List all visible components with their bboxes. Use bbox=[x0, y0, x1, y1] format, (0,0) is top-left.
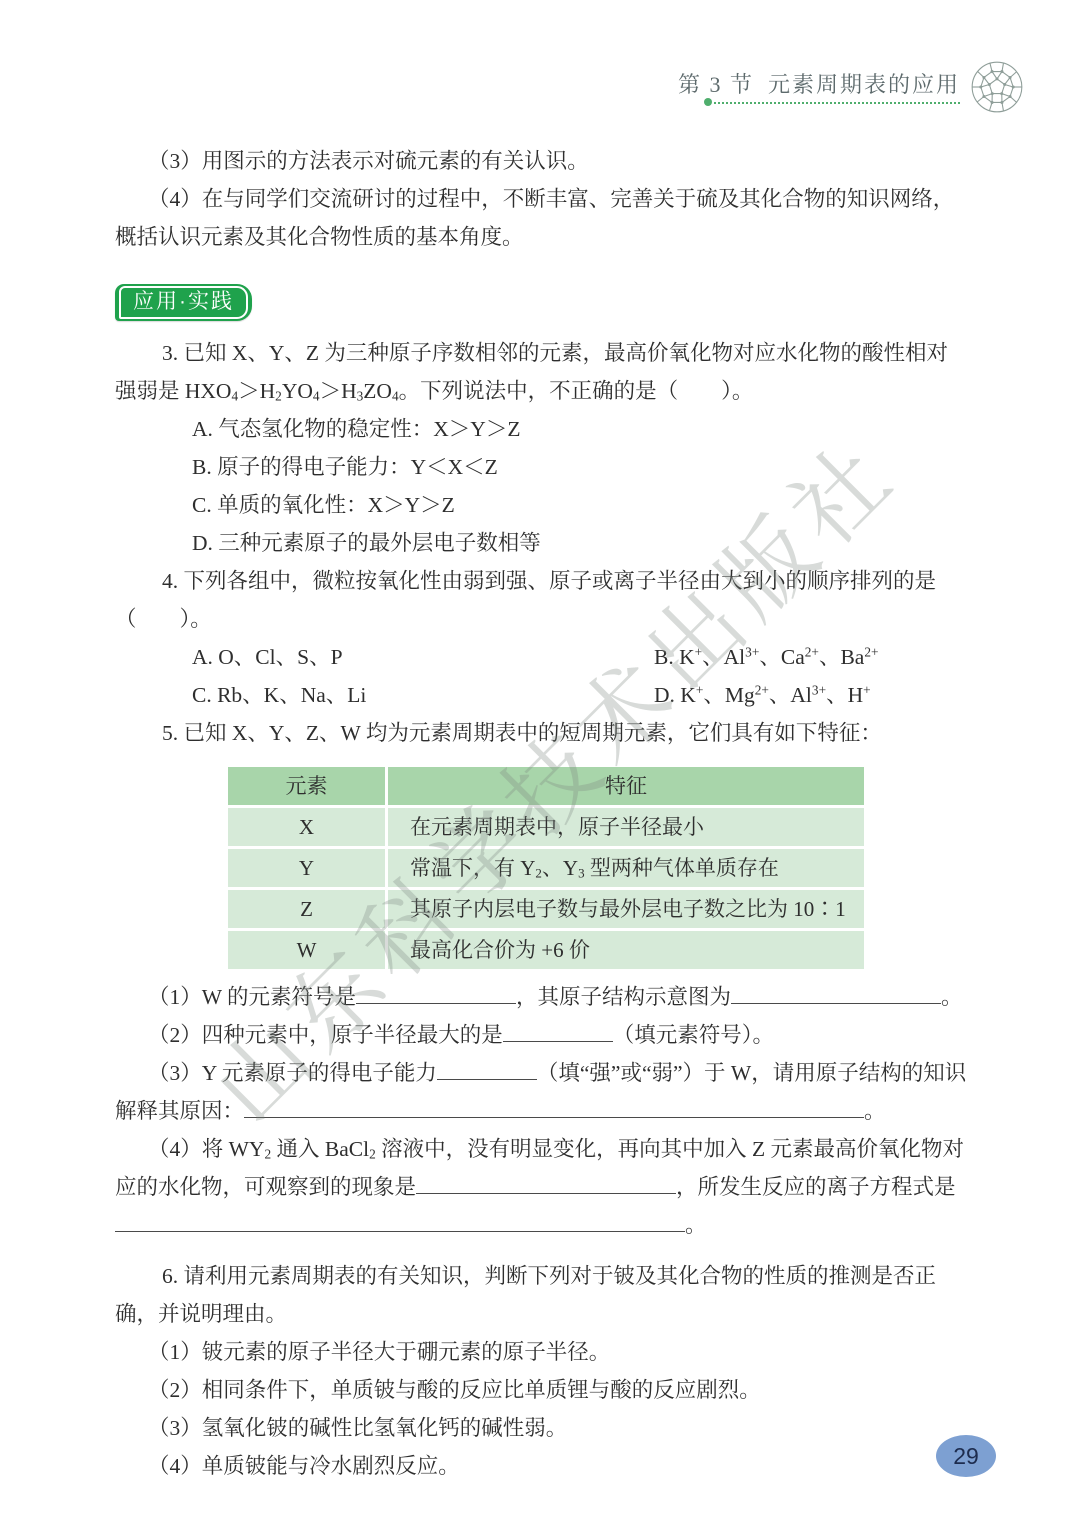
fill-in-blank bbox=[416, 1170, 676, 1194]
question-3-option-c: C. 单质的氧化性：X＞Y＞Z bbox=[115, 486, 967, 524]
question-6-item-3: （3）氢氧化铍的碱性比氢氧化钙的碱性弱。 bbox=[115, 1409, 967, 1447]
question-3-option-a: A. 气态氢化物的稳定性：X＞Y＞Z bbox=[115, 410, 967, 448]
question-3-option-b: B. 原子的得电子能力：Y＜X＜Z bbox=[115, 448, 967, 486]
section-badge: 应用·实践 bbox=[115, 284, 252, 321]
table-cell-element: Z bbox=[228, 890, 388, 928]
table-header-row: 元素 特征 bbox=[228, 767, 864, 805]
fill-in-blank bbox=[731, 980, 941, 1004]
table-row: Y 常温下，有 Y2、Y3 型两种气体单质存在 bbox=[228, 849, 864, 887]
question-5-part-2: （2）四种元素中，原子半径最大的是（填元素符号）。 bbox=[115, 1016, 967, 1054]
question-5-part-3: （3）Y 元素原子的得电子能力（填“强”或“弱”）于 W，请用原子结构的知识解释… bbox=[115, 1054, 967, 1130]
fill-in-blank bbox=[437, 1056, 537, 1080]
question-5-part-4: （4）将 WY2 通入 BaCl2 溶液中，没有明显变化，再向其中加入 Z 元素… bbox=[115, 1130, 967, 1244]
chapter-title: 元素周期表的应用 bbox=[768, 72, 960, 97]
page-number: 29 bbox=[953, 1443, 979, 1470]
table-cell-feature: 在元素周期表中，原子半径最小 bbox=[388, 808, 864, 846]
table-cell-feature: 其原子内层电子数与最外层电子数之比为 10∶1 bbox=[388, 890, 864, 928]
question-4-options: A. O、Cl、S、P B. K+、Al3+、Ca2+、Ba2+ C. Rb、K… bbox=[115, 638, 967, 714]
table-row: W 最高化合价为 +6 价 bbox=[228, 931, 864, 969]
chapter-section-number: 第 3 节 bbox=[678, 72, 754, 97]
question-5-stem: 5. 已知 X、Y、Z、W 均为元素周期表中的短周期元素，它们具有如下特征： bbox=[115, 714, 967, 752]
table-header-feature: 特征 bbox=[388, 767, 864, 805]
table-cell-element: X bbox=[228, 808, 388, 846]
table-cell-element: W bbox=[228, 931, 388, 969]
fill-in-blank bbox=[115, 1208, 685, 1232]
question-5-part-1: （1）W 的元素符号是，其原子结构示意图为。 bbox=[115, 978, 967, 1016]
table-row: X 在元素周期表中，原子半径最小 bbox=[228, 808, 864, 846]
fullerene-molecule-icon bbox=[970, 60, 1024, 114]
question-3-stem: 3. 已知 X、Y、Z 为三种原子序数相邻的元素，最高价氧化物对应水化物的酸性相… bbox=[115, 334, 967, 410]
question-4-stem: 4. 下列各组中，微粒按氧化性由弱到强、原子或离子半径由大到小的顺序排列的是（ … bbox=[115, 562, 967, 638]
intro-paragraph-4: （4）在与同学们交流研讨的过程中，不断丰富、完善关于硫及其化合物的知识网络，概括… bbox=[115, 180, 967, 256]
fill-in-blank bbox=[503, 1018, 613, 1042]
question-4-option-d: D. K+、Mg2+、Al3+、H+ bbox=[654, 676, 967, 714]
question-6-item-4: （4）单质铍能与冷水剧烈反应。 bbox=[115, 1447, 967, 1485]
textbook-page: 第 3 节元素周期表的应用 （3）用图示的方法表示对硫元 bbox=[0, 0, 1080, 1527]
question-6-item-1: （1）铍元素的原子半径大于硼元素的原子半径。 bbox=[115, 1333, 967, 1371]
table-row: Z 其原子内层电子数与最外层电子数之比为 10∶1 bbox=[228, 890, 864, 928]
intro-paragraph-3: （3）用图示的方法表示对硫元素的有关认识。 bbox=[115, 142, 967, 180]
table-header-element: 元素 bbox=[228, 767, 388, 805]
table-cell-element: Y bbox=[228, 849, 388, 887]
table-cell-feature: 常温下，有 Y2、Y3 型两种气体单质存在 bbox=[388, 849, 864, 887]
element-feature-table: 元素 特征 X 在元素周期表中，原子半径最小 Y 常温下，有 Y2、Y3 型两种… bbox=[228, 764, 864, 972]
question-6-item-2: （2）相同条件下，单质铍与酸的反应比单质锂与酸的反应剧烈。 bbox=[115, 1371, 967, 1409]
page-header: 第 3 节元素周期表的应用 bbox=[0, 62, 1080, 122]
question-4-option-c: C. Rb、K、Na、Li bbox=[192, 676, 654, 714]
chapter-heading: 第 3 节元素周期表的应用 bbox=[678, 68, 960, 99]
table-cell-feature: 最高化合价为 +6 价 bbox=[388, 931, 864, 969]
rule-start-dot bbox=[704, 98, 712, 106]
dotted-rule bbox=[714, 102, 960, 104]
question-3-option-d: D. 三种元素原子的最外层电子数相等 bbox=[115, 524, 967, 562]
question-4-option-a: A. O、Cl、S、P bbox=[192, 638, 654, 676]
question-6-stem: 6. 请利用元素周期表的有关知识，判断下列对于铍及其化合物的性质的推测是否正确，… bbox=[115, 1257, 967, 1333]
page-number-badge: 29 bbox=[936, 1435, 996, 1477]
question-4-option-b: B. K+、Al3+、Ca2+、Ba2+ bbox=[654, 638, 967, 676]
fill-in-blank bbox=[244, 1094, 864, 1118]
fill-in-blank bbox=[356, 980, 516, 1004]
section-badge-label: 应用·实践 bbox=[119, 286, 248, 319]
page-content: （3）用图示的方法表示对硫元素的有关认识。 （4）在与同学们交流研讨的过程中，不… bbox=[115, 118, 967, 1485]
